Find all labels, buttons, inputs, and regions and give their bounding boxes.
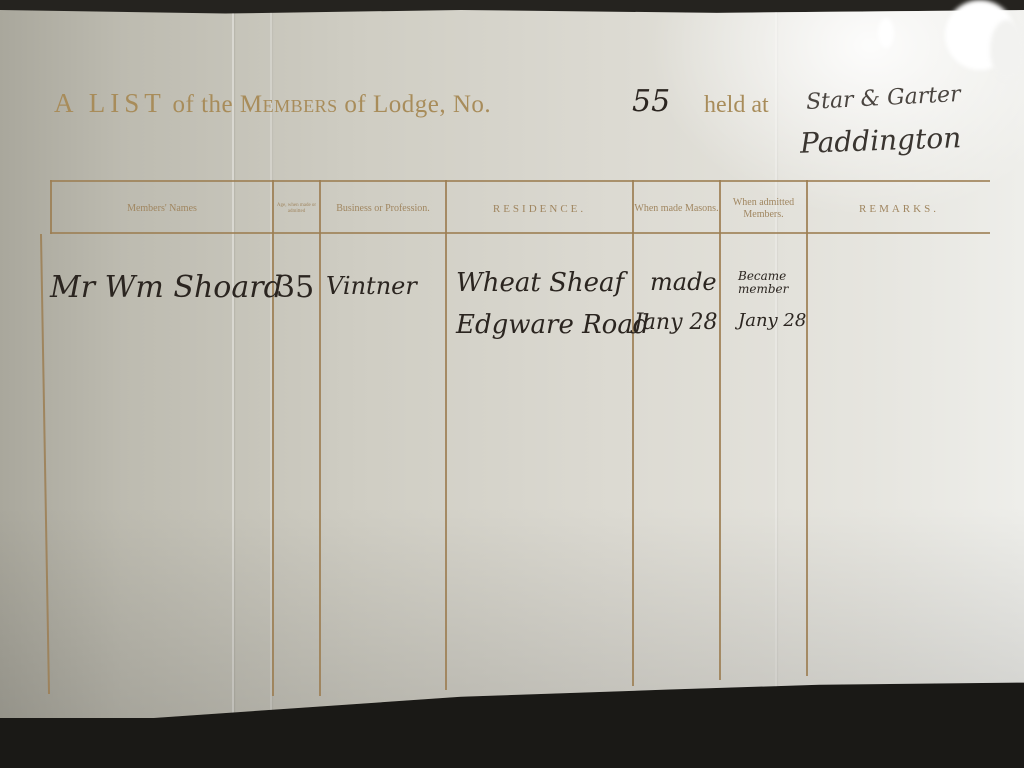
admitted-date: Jany 28 <box>738 310 806 331</box>
light-glare <box>990 20 1024 80</box>
admitted-line-1: Became member <box>738 270 814 296</box>
lodge-number: 55 <box>632 84 670 119</box>
header-when-made-masons: When made Masons. <box>634 190 719 228</box>
column-divider <box>272 180 274 696</box>
column-divider <box>319 180 321 696</box>
title-of-the: of the <box>173 91 234 118</box>
member-age: 35 <box>276 270 314 305</box>
column-divider <box>719 180 721 680</box>
header-remarks: REMARKS. <box>808 190 990 228</box>
header-when-admitted: When admitted Members. <box>721 190 806 228</box>
held-at-label: held at <box>704 92 769 119</box>
column-divider <box>806 180 808 676</box>
title-of-lodge: of Lodge, No. <box>344 91 491 118</box>
table-top-rule <box>50 180 990 182</box>
title-list: A LIST <box>54 88 166 118</box>
header-profession: Business or Profession. <box>321 190 445 228</box>
residence-line-1: Wheat Sheaf <box>456 268 624 298</box>
column-divider <box>632 180 634 686</box>
header-members-names: Members' Names <box>52 190 272 228</box>
made-mason-date: Jany 28 <box>634 310 718 335</box>
header-age: Age, when made or admitted <box>274 190 319 228</box>
member-name: Mr Wm Shoard <box>50 270 283 305</box>
member-profession: Vintner <box>326 272 417 300</box>
venue-line-2: Paddington <box>799 121 961 160</box>
light-glare <box>878 18 894 48</box>
document-title: A LIST of the Members of Lodge, No. <box>54 88 491 119</box>
header-bottom-rule <box>50 232 990 234</box>
column-divider <box>445 180 447 690</box>
residence-line-2: Edgware Road <box>456 310 649 340</box>
made-mason-line-1: made <box>650 268 717 296</box>
title-members: Members <box>240 91 338 118</box>
header-residence: RESIDENCE. <box>447 190 632 228</box>
